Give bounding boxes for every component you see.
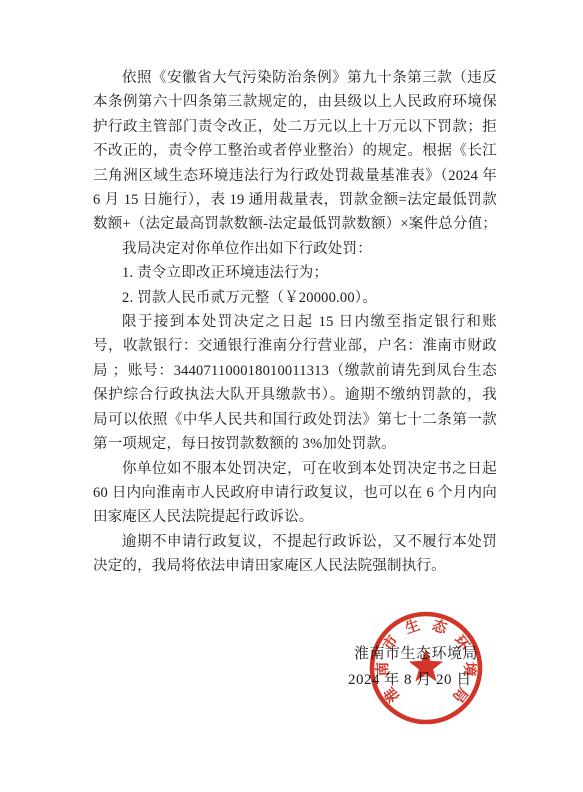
paragraph-penalty-item-2: 2. 罚款人民币贰万元整（￥20000.00）。 — [93, 286, 497, 310]
paragraph-decision-intro: 我局决定对你单位作出如下行政处罚： — [93, 237, 497, 261]
paragraph-enforcement-warning: 逾期不申请行政复议，不提起行政诉讼，又不履行本处罚决定的，我局将依法申请田家庵区… — [93, 530, 497, 579]
signature-agency: 淮南市生态环境局 — [348, 641, 528, 667]
signature-block: 淮南市生态环境局 2024 年 8 月 20 日 — [348, 641, 528, 693]
paragraph-penalty-item-1: 1. 责令立即改正环境违法行为； — [93, 261, 497, 285]
signature-date: 2024 年 8 月 20 日 — [348, 667, 528, 693]
seal-arc-char: 态 — [430, 616, 450, 638]
document-page: 依照《安徽省大气污染防治条例》第九十条第三款（违反本条例第六十四条第三款规定的，… — [0, 0, 583, 792]
document-body: 依照《安徽省大气污染防治条例》第九十条第三款（违反本条例第六十四条第三款规定的，… — [93, 66, 497, 579]
paragraph-legal-basis: 依照《安徽省大气污染防治条例》第九十条第三款（违反本条例第六十四条第三款规定的，… — [93, 66, 497, 237]
paragraph-appeal-rights: 你单位如不服本处罚决定，可在收到本处罚决定书之日起 60 日内向淮南市人民政府申… — [93, 457, 497, 530]
paragraph-payment-instructions: 限于接到本处罚决定之日起 15 日内缴至指定银行和账号，收款银行：交通银行淮南分… — [93, 310, 497, 456]
seal-arc-char: 生 — [403, 617, 423, 638]
